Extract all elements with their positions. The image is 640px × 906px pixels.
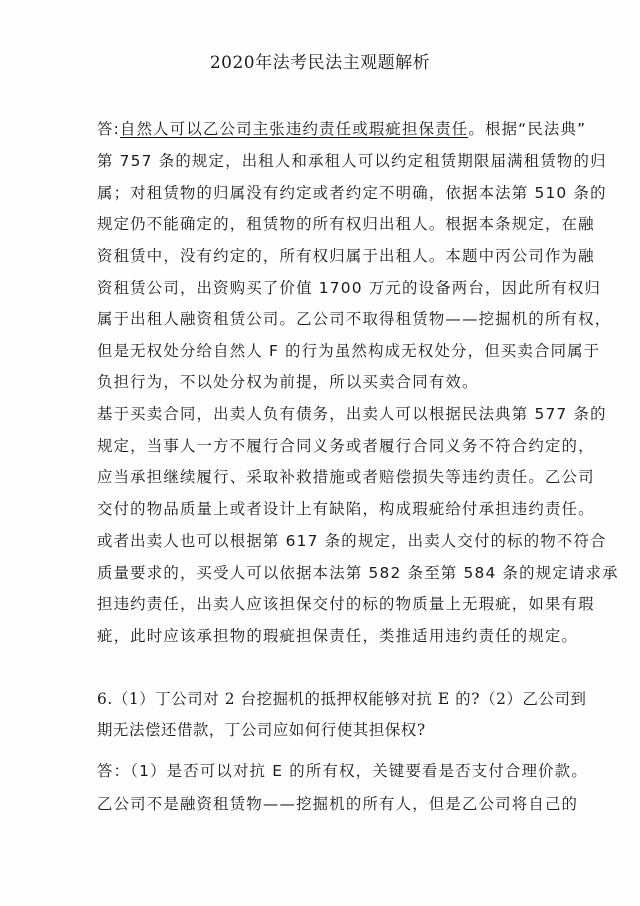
paragraph-line: 担违约责任，出卖人应该担保交付的标的物质量上无瑕疵，如果有瑕 — [97, 594, 595, 614]
paragraph-line: 第 757 条的规定，出租人和承租人可以约定租赁期限届满租赁物的归 — [97, 151, 607, 171]
answer-label: 答: — [97, 120, 120, 138]
paragraph-line: 规定，当事人一方不履行合同义务或者履行合同义务不符合约定的， — [97, 436, 595, 456]
paragraph-line: 属于出租人融资租赁公司。乙公司不取得租赁物——挖掘机的所有权， — [97, 309, 611, 329]
paragraph-line: 负担行为，不以处分权为前提，所以买卖合同有效。 — [97, 372, 479, 392]
paragraph-line: 疵，此时应该承担物的瑕疵担保责任，类推适用违约责任的规定。 — [97, 626, 578, 646]
document-title: 2020年法考民法主观题解析 — [0, 48, 640, 73]
paragraph-line: 质量要求的，买受人可以依据本法第 582 条至第 584 条的规定请求承 — [97, 563, 619, 583]
question-line: 6.（1）丁公司对 2 台挖掘机的抵押权能够对抗 E 的?（2）乙公司到 — [97, 689, 586, 709]
paragraph-line: 资租赁公司，出资购买了价值 1700 万元的设备两台，因此所有权归 — [97, 278, 601, 298]
question-line: 期无法偿还借款，丁公司应如何行使其担保权? — [97, 720, 426, 740]
paragraph-line: 或者出卖人也可以根据第 617 条的规定，出卖人交付的标的物不符合 — [97, 531, 607, 551]
paragraph-line: 交付的物品质量上或者设计上有缺陷，构成瑕疵给付承担违约责任。 — [97, 499, 595, 519]
paragraph-line: 属；对租赁物的归属没有约定或者约定不明确，依据本法第 510 条的 — [97, 183, 607, 203]
paragraph-line: 规定仍不能确定的，租赁物的所有权归出租人。根据本条规定，在融 — [97, 214, 595, 234]
paragraph-line: 资租赁中，没有约定的，所有权归属于出租人。本题中丙公司作为融 — [97, 246, 595, 266]
answer-line: 乙公司不是融资租赁物——挖掘机的所有人，但是乙公司将自己的 — [97, 794, 578, 814]
paragraph-line: 应当承担继续履行、采取补救措施或者赔偿损失等违约责任。乙公司 — [97, 467, 595, 487]
paragraph-line: 但是无权处分给自然人 F 的行为虽然构成无权处分，但买卖合同属于 — [97, 341, 600, 361]
answer-underlined-conclusion: 自然人可以乙公司主张违约责任或瑕疵担保责任 — [120, 120, 468, 138]
answer-first-line: 答:自然人可以乙公司主张违约责任或瑕疵担保责任。根据“民法典” — [97, 119, 586, 139]
paragraph-line: 基于买卖合同，出卖人负有债务，出卖人可以根据民法典第 577 条的 — [97, 404, 607, 424]
answer-first-line-rest: 。根据“民法典” — [468, 120, 586, 138]
answer-line: 答：（1）是否可以对抗 E 的所有权，关键要看是否支付合理价款。 — [97, 761, 588, 781]
